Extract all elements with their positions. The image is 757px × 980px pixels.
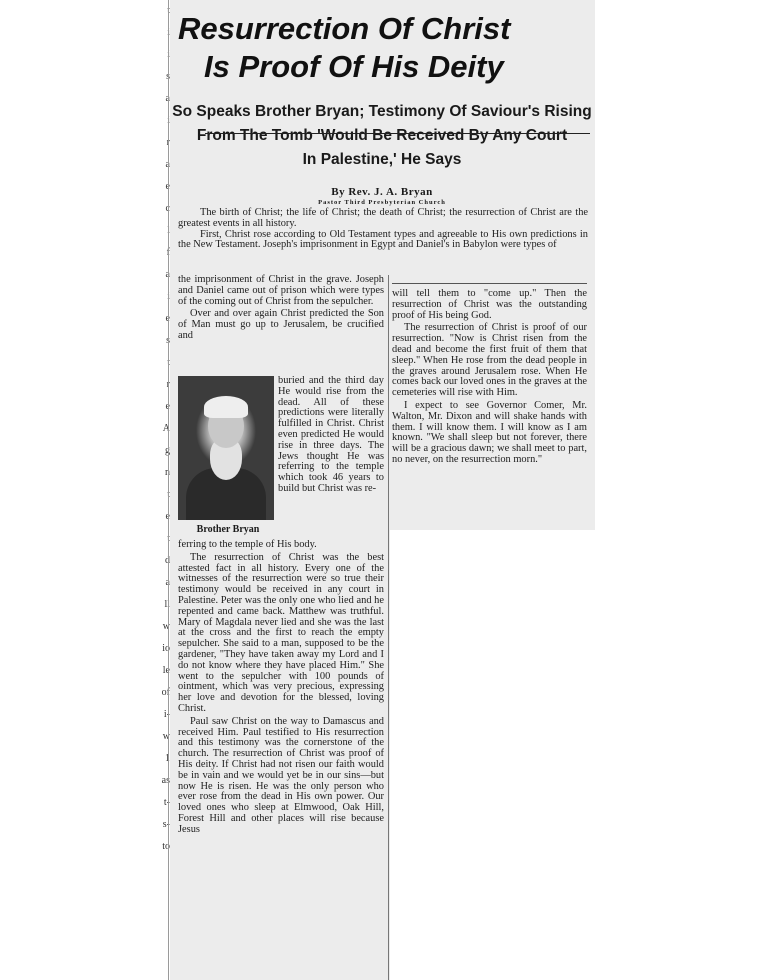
- margin-fragment: t-: [150, 792, 170, 814]
- intro-paragraph: The birth of Christ; the life of Christ;…: [178, 208, 588, 230]
- paragraph: buried and the third day He would rise f…: [278, 376, 384, 495]
- margin-fragment: io: [150, 638, 170, 660]
- deck-rule: [205, 133, 590, 134]
- photo-caption: Brother Bryan: [178, 524, 278, 535]
- margin-fragment: d: [150, 550, 170, 572]
- margin-fragment: i: [150, 110, 170, 132]
- portrait-photo: [178, 376, 274, 520]
- margin-fragment: e: [150, 506, 170, 528]
- headline-line-2: Is Proof Of His Deity: [178, 48, 588, 86]
- margin-fragment: as: [150, 770, 170, 792]
- subheadline: So Speaks Brother Bryan; Testimony Of Sa…: [172, 100, 592, 172]
- headline-line-1: Resurrection Of Christ: [178, 11, 510, 46]
- portrait-figure: Brother Bryan: [178, 376, 274, 534]
- paragraph: the imprisonment of Christ in the grave.…: [178, 275, 384, 307]
- subheadline-line-1: So Speaks Brother Bryan; Testimony Of Sa…: [172, 100, 592, 124]
- column-edge-rule: [168, 0, 169, 980]
- margin-fragment: a: [150, 572, 170, 594]
- margin-fragment: c: [150, 198, 170, 220]
- margin-fragment: r: [150, 132, 170, 154]
- margin-fragment: t: [150, 352, 170, 374]
- column-2: will tell them to "come up." Then the re…: [392, 289, 587, 468]
- margin-fragment: e: [150, 176, 170, 198]
- margin-fragment: r: [150, 374, 170, 396]
- paragraph: The resurrection of Christ was the best …: [178, 553, 384, 715]
- margin-fragment: t: [150, 528, 170, 550]
- blank-area: [390, 530, 595, 980]
- margin-fragment: i-: [150, 704, 170, 726]
- margin-fragment: A: [150, 418, 170, 440]
- margin-fragment: s: [150, 330, 170, 352]
- adjacent-column-fragments: tiisairaeclfaiestreAgntetdallwioleofi-w1…: [150, 0, 170, 980]
- paragraph: ferring to the temple of His body.: [178, 540, 384, 551]
- subheadline-line-3: In Palestine,' He Says: [172, 148, 592, 172]
- margin-fragment: e: [150, 308, 170, 330]
- margin-fragment: a: [150, 88, 170, 110]
- margin-fragment: e: [150, 396, 170, 418]
- margin-fragment: a: [150, 264, 170, 286]
- margin-fragment: l: [150, 220, 170, 242]
- column-divider: [388, 275, 389, 980]
- paragraph: Paul saw Christ on the way to Damascus a…: [178, 717, 384, 836]
- margin-fragment: s-: [150, 814, 170, 836]
- paragraph: The resurrection of Christ is proof of o…: [392, 323, 587, 399]
- margin-fragment: s: [150, 66, 170, 88]
- margin-fragment: ll: [150, 594, 170, 616]
- margin-fragment: n: [150, 462, 170, 484]
- paragraph: Over and over again Christ predicted the…: [178, 309, 384, 341]
- margin-fragment: i: [150, 44, 170, 66]
- paragraph: will tell them to "come up." Then the re…: [392, 289, 587, 321]
- margin-fragment: f: [150, 242, 170, 264]
- margin-fragment: g: [150, 440, 170, 462]
- margin-fragment: t: [150, 484, 170, 506]
- margin-fragment: w: [150, 726, 170, 748]
- margin-fragment: w: [150, 616, 170, 638]
- subheadline-line-2: From The Tomb 'Would Be Received By Any …: [172, 124, 592, 148]
- intro-paragraph: First, Christ rose according to Old Test…: [178, 230, 588, 252]
- margin-fragment: t: [150, 0, 170, 22]
- text-wrapping-photo: buried and the third day He would rise f…: [278, 376, 384, 495]
- byline-title: Pastor Third Presbyterian Church: [172, 199, 592, 206]
- intro-paragraphs: The birth of Christ; the life of Christ;…: [178, 208, 588, 251]
- column-1-top: the imprisonment of Christ in the grave.…: [178, 275, 384, 344]
- margin-fragment: i: [150, 22, 170, 44]
- margin-fragment: le: [150, 660, 170, 682]
- margin-fragment: of: [150, 682, 170, 704]
- byline: By Rev. J. A. Bryan: [172, 186, 592, 198]
- headline: Resurrection Of Christ Is Proof Of His D…: [178, 10, 588, 86]
- column-2-top-rule: [392, 283, 587, 284]
- margin-fragment: 1: [150, 748, 170, 770]
- paragraph: I expect to see Governor Comer, Mr. Walt…: [392, 401, 587, 466]
- margin-fragment: a: [150, 154, 170, 176]
- margin-fragment: to: [150, 836, 170, 858]
- column-1-lower: ferring to the temple of His body. The r…: [178, 540, 384, 838]
- margin-fragment: i: [150, 286, 170, 308]
